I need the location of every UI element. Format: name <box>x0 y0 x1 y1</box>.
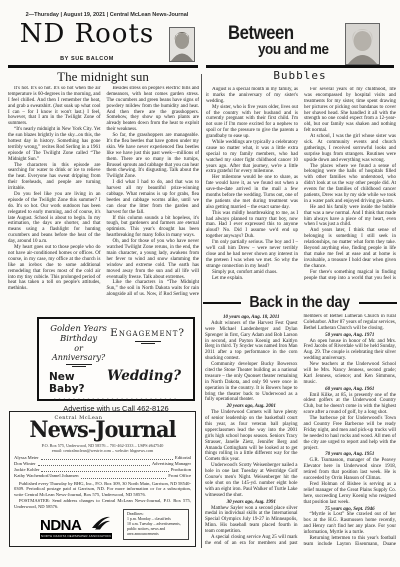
headline-rule-left <box>203 302 241 305</box>
bubbles-headline: Bubbles <box>206 69 394 82</box>
article-paragraph: It's hot. It's so hot. It's so hot when … <box>8 86 101 127</box>
author-photo-bubbles-columnist <box>345 23 380 65</box>
article-paragraph: New teachers at the Underwood School wil… <box>304 362 397 386</box>
midnight-sun-article: It's hot. It's so hot. It's so hot when … <box>8 86 199 300</box>
article-paragraph: An open house in honor of Mr. and Mrs. F… <box>304 339 397 363</box>
ad-wedding: Wedding? <box>107 368 181 384</box>
masthead-box: Central McLean News-Journal P.O. Box 575… <box>9 411 196 547</box>
house-advertisement: Golden Years Birthday or Anniversary? En… <box>37 317 195 401</box>
back-in-the-day-header: Back in the day <box>203 294 397 312</box>
article-paragraph: I did what I had to do, and that was to … <box>107 180 200 215</box>
article-paragraph: Matthew Sayler won a second place silver… <box>205 506 298 535</box>
article-paragraph: The Underwood Comets will have plenty of… <box>205 410 298 463</box>
article-paragraph: The barbecue pit for Underwood's Town an… <box>304 416 397 451</box>
ad-engagement: Engagement? <box>110 324 185 367</box>
author-portrait-icon <box>346 24 379 64</box>
nd-roots-byline: BY SUE BALCOM <box>8 56 166 62</box>
deadline-line: area announcements <box>127 532 185 537</box>
article-paragraph: Her milestone would be one to share, as … <box>206 175 298 210</box>
article-paragraph: My heart goes out to those people who do… <box>8 245 101 292</box>
article-paragraph: If this column sounds a bit hopeless, it… <box>107 216 200 240</box>
masthead-published-paragraph: Published every Thursday by BHG, Inc., P… <box>14 481 191 498</box>
between-title-line2: you and me <box>258 42 329 57</box>
midnight-sun-headline: The midnight sun <box>8 69 198 85</box>
flourish-divider <box>66 364 92 365</box>
dotted-leader <box>41 471 168 472</box>
staff-name: Kathy Wachendorf/Jamel Johansen <box>14 473 79 479</box>
flourish-divider <box>72 366 86 367</box>
masthead-contact: email: centralmclean@westriv.com – websi… <box>10 448 195 453</box>
headline-rule-right <box>359 302 397 305</box>
ndna-feather-icon <box>92 516 110 530</box>
ndna-acronym: NDNA <box>40 518 112 533</box>
article-paragraph: “Myrtle is Lost” She crawled out of her … <box>304 512 397 536</box>
article-paragraph: He and his family were inside the bubble… <box>304 205 396 229</box>
staff-role: Front Office <box>168 473 191 479</box>
ad-text: or Anniversary? <box>47 344 110 362</box>
article-paragraph: At school, I was the girl whose sister w… <box>304 134 396 163</box>
page-folio-line: 2—Thursday | August 19, 2021 | Central M… <box>0 12 214 18</box>
dotted-leader <box>81 478 167 479</box>
bubbles-article: August is a special month in my family, … <box>206 87 396 290</box>
article-paragraph: Let me explain. <box>206 276 298 282</box>
article-paragraph: And years later, I think that sense of b… <box>304 228 396 269</box>
article-paragraph: The characters in this episode are searc… <box>8 163 101 192</box>
article-paragraph: Besides stress on people's electric bill… <box>107 86 200 133</box>
article-paragraph: Emil Kilke, at 85, is presently one of t… <box>304 393 397 417</box>
ad-text: Golden Years Birthday <box>47 324 110 344</box>
between-you-and-me-header: Between you and me <box>206 22 396 68</box>
article-paragraph: Underwood's Scotty Weisenberger nailed a… <box>205 463 298 498</box>
article-paragraph: I'm only partially serious. The boy and … <box>206 240 298 269</box>
flourish-divider <box>135 341 161 342</box>
deadlines-box: Deadlines: 1 p.m. Monday – classifieds10… <box>123 509 189 540</box>
deadlines-lines: 1 p.m. Monday – classifieds10 a.m. Tuesd… <box>127 517 185 537</box>
article-paragraph: “It's nearly midnight in New York City. … <box>8 127 101 162</box>
ndna-text: NDNA <box>40 517 81 534</box>
ad-golden-years: Golden Years Birthday or Anniversary? <box>47 324 110 367</box>
masthead-postmaster-paragraph: POSTMASTER: Send address changes to Cent… <box>14 498 191 509</box>
nd-roots-header: ND Roots BY SUE BALCOM <box>8 23 198 65</box>
dotted-leader <box>41 459 173 460</box>
article-paragraph: While weddings are typically a celebrato… <box>206 140 298 175</box>
center-column-divider <box>201 74 202 548</box>
ad-row-occasions: Golden Years Birthday or Anniversary? En… <box>39 319 193 367</box>
article-paragraph: Do you feel like you are living in an ep… <box>8 192 101 245</box>
article-paragraph: G.R. Tsumasson, manager of the Peavey El… <box>304 458 397 482</box>
nd-roots-title: ND Roots <box>8 19 166 49</box>
article-paragraph: For several years of my childhood, life … <box>304 87 396 134</box>
article-paragraph: My sister, who is five years older, live… <box>206 105 298 140</box>
author-photo-sue-balcom <box>169 27 195 62</box>
masthead-staff-list: Alyssa Meier Editorial Don Winter Advert… <box>14 455 191 480</box>
back-in-the-day-article: 10 years ago, Aug. 18, 2011Adult winners… <box>205 314 396 552</box>
article-paragraph: August is a special month in my family, … <box>206 87 298 105</box>
article-paragraph: This was mildly heartbreaking to me, as … <box>206 211 298 240</box>
newspaper-page: { "page_header": "2—Thursday | August 19… <box>0 0 400 567</box>
article-paragraph: So far, the grasshoppers are manageable.… <box>107 133 200 180</box>
flourish-divider <box>141 343 155 344</box>
ad-row-baby-wedding: New Baby? Wedding? <box>39 367 193 395</box>
article-paragraph: Fred Holman of Bisbee is serving as a re… <box>304 482 397 506</box>
ndna-logo: NDNA NORTH DAKOTA NEWSPAPER ASSOCIATION <box>40 518 112 539</box>
rule-under-between <box>206 65 394 68</box>
masthead-title-big: News-Journal <box>15 420 191 441</box>
back-in-the-day-title: Back in the day <box>250 294 350 312</box>
dotted-leader <box>38 465 150 466</box>
author-portrait-icon <box>170 28 194 61</box>
article-paragraph: Adult winners of the Harvest Fest Quest … <box>205 321 298 362</box>
rule-under-nd-roots <box>8 65 198 68</box>
article-paragraph: Oh, and for those of you who have never … <box>107 239 200 280</box>
ad-new-baby: New Baby? <box>49 371 107 395</box>
ad-text: Engagement? <box>110 327 185 339</box>
dotted-separator: ●●●●●●●●●●●●●●●●●●●●●●●●●● <box>39 398 193 403</box>
staff-row: Kathy Wachendorf/Jamel Johansen Front Of… <box>14 473 191 479</box>
article-paragraph: Community developer Bucky Bowersox cited… <box>205 362 298 403</box>
article-paragraph: The places where we found a sense of bel… <box>304 164 396 205</box>
